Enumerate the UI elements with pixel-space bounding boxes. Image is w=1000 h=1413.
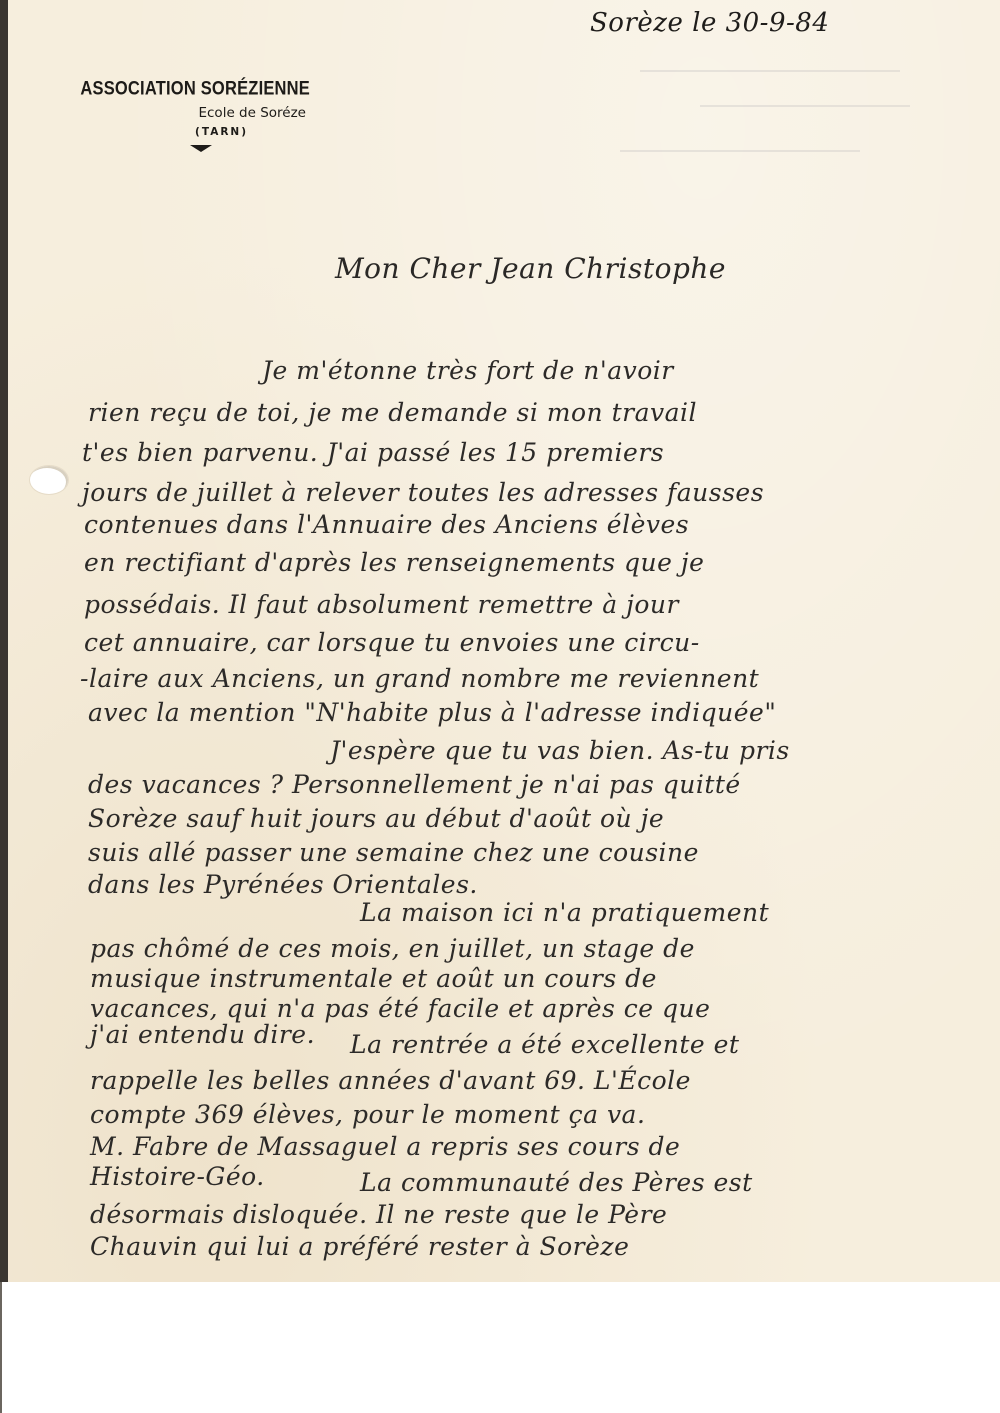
letter-line: pas chômé de ces mois, en juillet, un st… <box>90 934 695 963</box>
salutation: Mon Cher Jean Christophe <box>335 252 726 285</box>
bleed-through-mark <box>700 105 910 107</box>
letter-line: jours de juillet à relever toutes les ad… <box>82 478 764 507</box>
bleed-through-mark <box>640 70 900 72</box>
letter-line: suis allé passer une semaine chez une co… <box>88 838 699 867</box>
letter-line: possédais. Il faut absolument remettre à… <box>84 590 679 619</box>
letter-line: vacances, qui n'a pas été facile et aprè… <box>90 994 710 1023</box>
letter-line: -laire aux Anciens, un grand nombre me r… <box>80 664 759 693</box>
letter-line: La maison ici n'a pratiquement <box>360 898 769 927</box>
letter-line: désormais disloquée. Il ne reste que le … <box>90 1200 667 1229</box>
letter-line: Je m'étonne très fort de n'avoir <box>262 356 674 385</box>
letter-line: Histoire-Géo. <box>90 1162 265 1191</box>
letter-line: cet annuaire, car lorsque tu envoies une… <box>84 628 700 657</box>
letterhead-school: Ecole de Soréze <box>70 105 306 121</box>
bleed-through-mark <box>620 150 860 152</box>
punch-hole <box>30 466 68 494</box>
letter-line: j'ai entendu dire. <box>90 1020 315 1049</box>
letterhead-region: (TARN) <box>70 126 248 138</box>
letter-line: dans les Pyrénées Orientales. <box>88 870 478 899</box>
scan-left-edge <box>0 0 8 1282</box>
letter-line: des vacances ? Personnellement je n'ai p… <box>88 770 741 799</box>
letter-line: musique instrumentale et août un cours d… <box>90 964 657 993</box>
letter-line: J'espère que tu vas bien. As-tu pris <box>330 736 790 765</box>
place-date: Sorèze le 30-9-84 <box>590 8 829 38</box>
letterhead: ASSOCIATION SORÉZIENNE Ecole de Soréze (… <box>70 80 310 152</box>
letter-line: rien reçu de toi, je me demande si mon t… <box>88 398 697 427</box>
letter-line: Chauvin qui lui a préféré rester à Sorèz… <box>90 1232 629 1261</box>
letterhead-organization: ASSOCIATION SORÉZIENNE <box>70 79 310 101</box>
letter-line: contenues dans l'Annuaire des Anciens él… <box>84 510 689 539</box>
letter-line: Sorèze sauf huit jours au début d'août o… <box>88 804 664 833</box>
letter-line: compte 369 élèves, pour le moment ça va. <box>90 1100 645 1129</box>
letter-line: La rentrée a été excellente et <box>350 1030 739 1059</box>
letter-line: en rectifiant d'après les renseignements… <box>84 548 704 577</box>
letter-line: t'es bien parvenu. J'ai passé les 15 pre… <box>82 438 664 467</box>
scan-left-edge-lower <box>0 1282 2 1413</box>
letter-line: rappelle les belles années d'avant 69. L… <box>90 1066 691 1095</box>
down-triangle-icon <box>190 145 212 152</box>
letter-line: La communauté des Pères est <box>360 1168 753 1197</box>
letter-line: M. Fabre de Massaguel a repris ses cours… <box>90 1132 680 1161</box>
letter-line: avec la mention "N'habite plus à l'adres… <box>88 698 776 727</box>
